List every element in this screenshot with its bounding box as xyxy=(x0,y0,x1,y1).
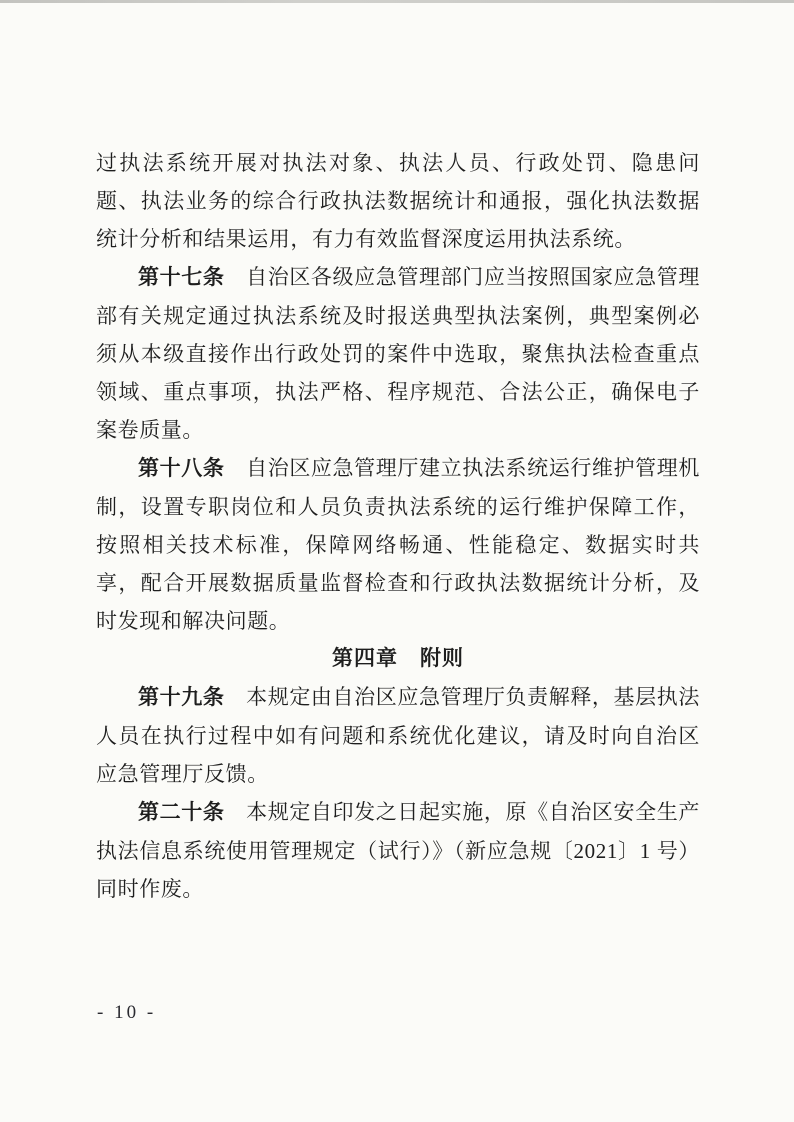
paragraph: 过执法系统开展对执法对象、执法人员、行政处罚、隐患问题、执法业务的综合行政执法数… xyxy=(96,144,700,258)
article-number: 第四章 附则 xyxy=(332,647,464,670)
page-number: - 10 - xyxy=(97,1002,156,1024)
scan-edge-artifact xyxy=(0,0,794,3)
chapter-heading: 第四章 附则 xyxy=(96,640,700,678)
paragraph-text: 自治区各级应急管理部门应当按照国家应急管理部有关规定通过执法系统及时报送典型执法… xyxy=(96,265,700,442)
document-body: 过执法系统开展对执法对象、执法人员、行政处罚、隐患问题、执法业务的综合行政执法数… xyxy=(96,144,700,908)
paragraph: 第十八条 自治区应急管理厅建立执法系统运行维护管理机制，设置专职岗位和人员负责执… xyxy=(96,449,700,640)
paragraph: 第十九条 本规定由自治区应急管理厅负责解释，基层执法人员在执行过程中如有问题和系… xyxy=(96,678,700,793)
article-number: 第十八条 xyxy=(138,457,224,480)
paragraph-text: 自治区应急管理厅建立执法系统运行维护管理机制，设置专职岗位和人员负责执法系统的运… xyxy=(96,456,700,633)
paragraph-text: 过执法系统开展对执法对象、执法人员、行政处罚、隐患问题、执法业务的综合行政执法数… xyxy=(96,151,700,251)
scanned-document-page: { "page": { "number_label": "- 10 -" }, … xyxy=(0,0,794,1122)
article-number: 第十九条 xyxy=(138,686,224,709)
article-number: 第十七条 xyxy=(138,266,224,289)
paragraph: 第十七条 自治区各级应急管理部门应当按照国家应急管理部有关规定通过执法系统及时报… xyxy=(96,258,700,449)
article-number: 第二十条 xyxy=(138,801,224,824)
paragraph: 第二十条 本规定自印发之日起实施，原《自治区安全生产执法信息系统使用管理规定（试… xyxy=(96,793,700,908)
